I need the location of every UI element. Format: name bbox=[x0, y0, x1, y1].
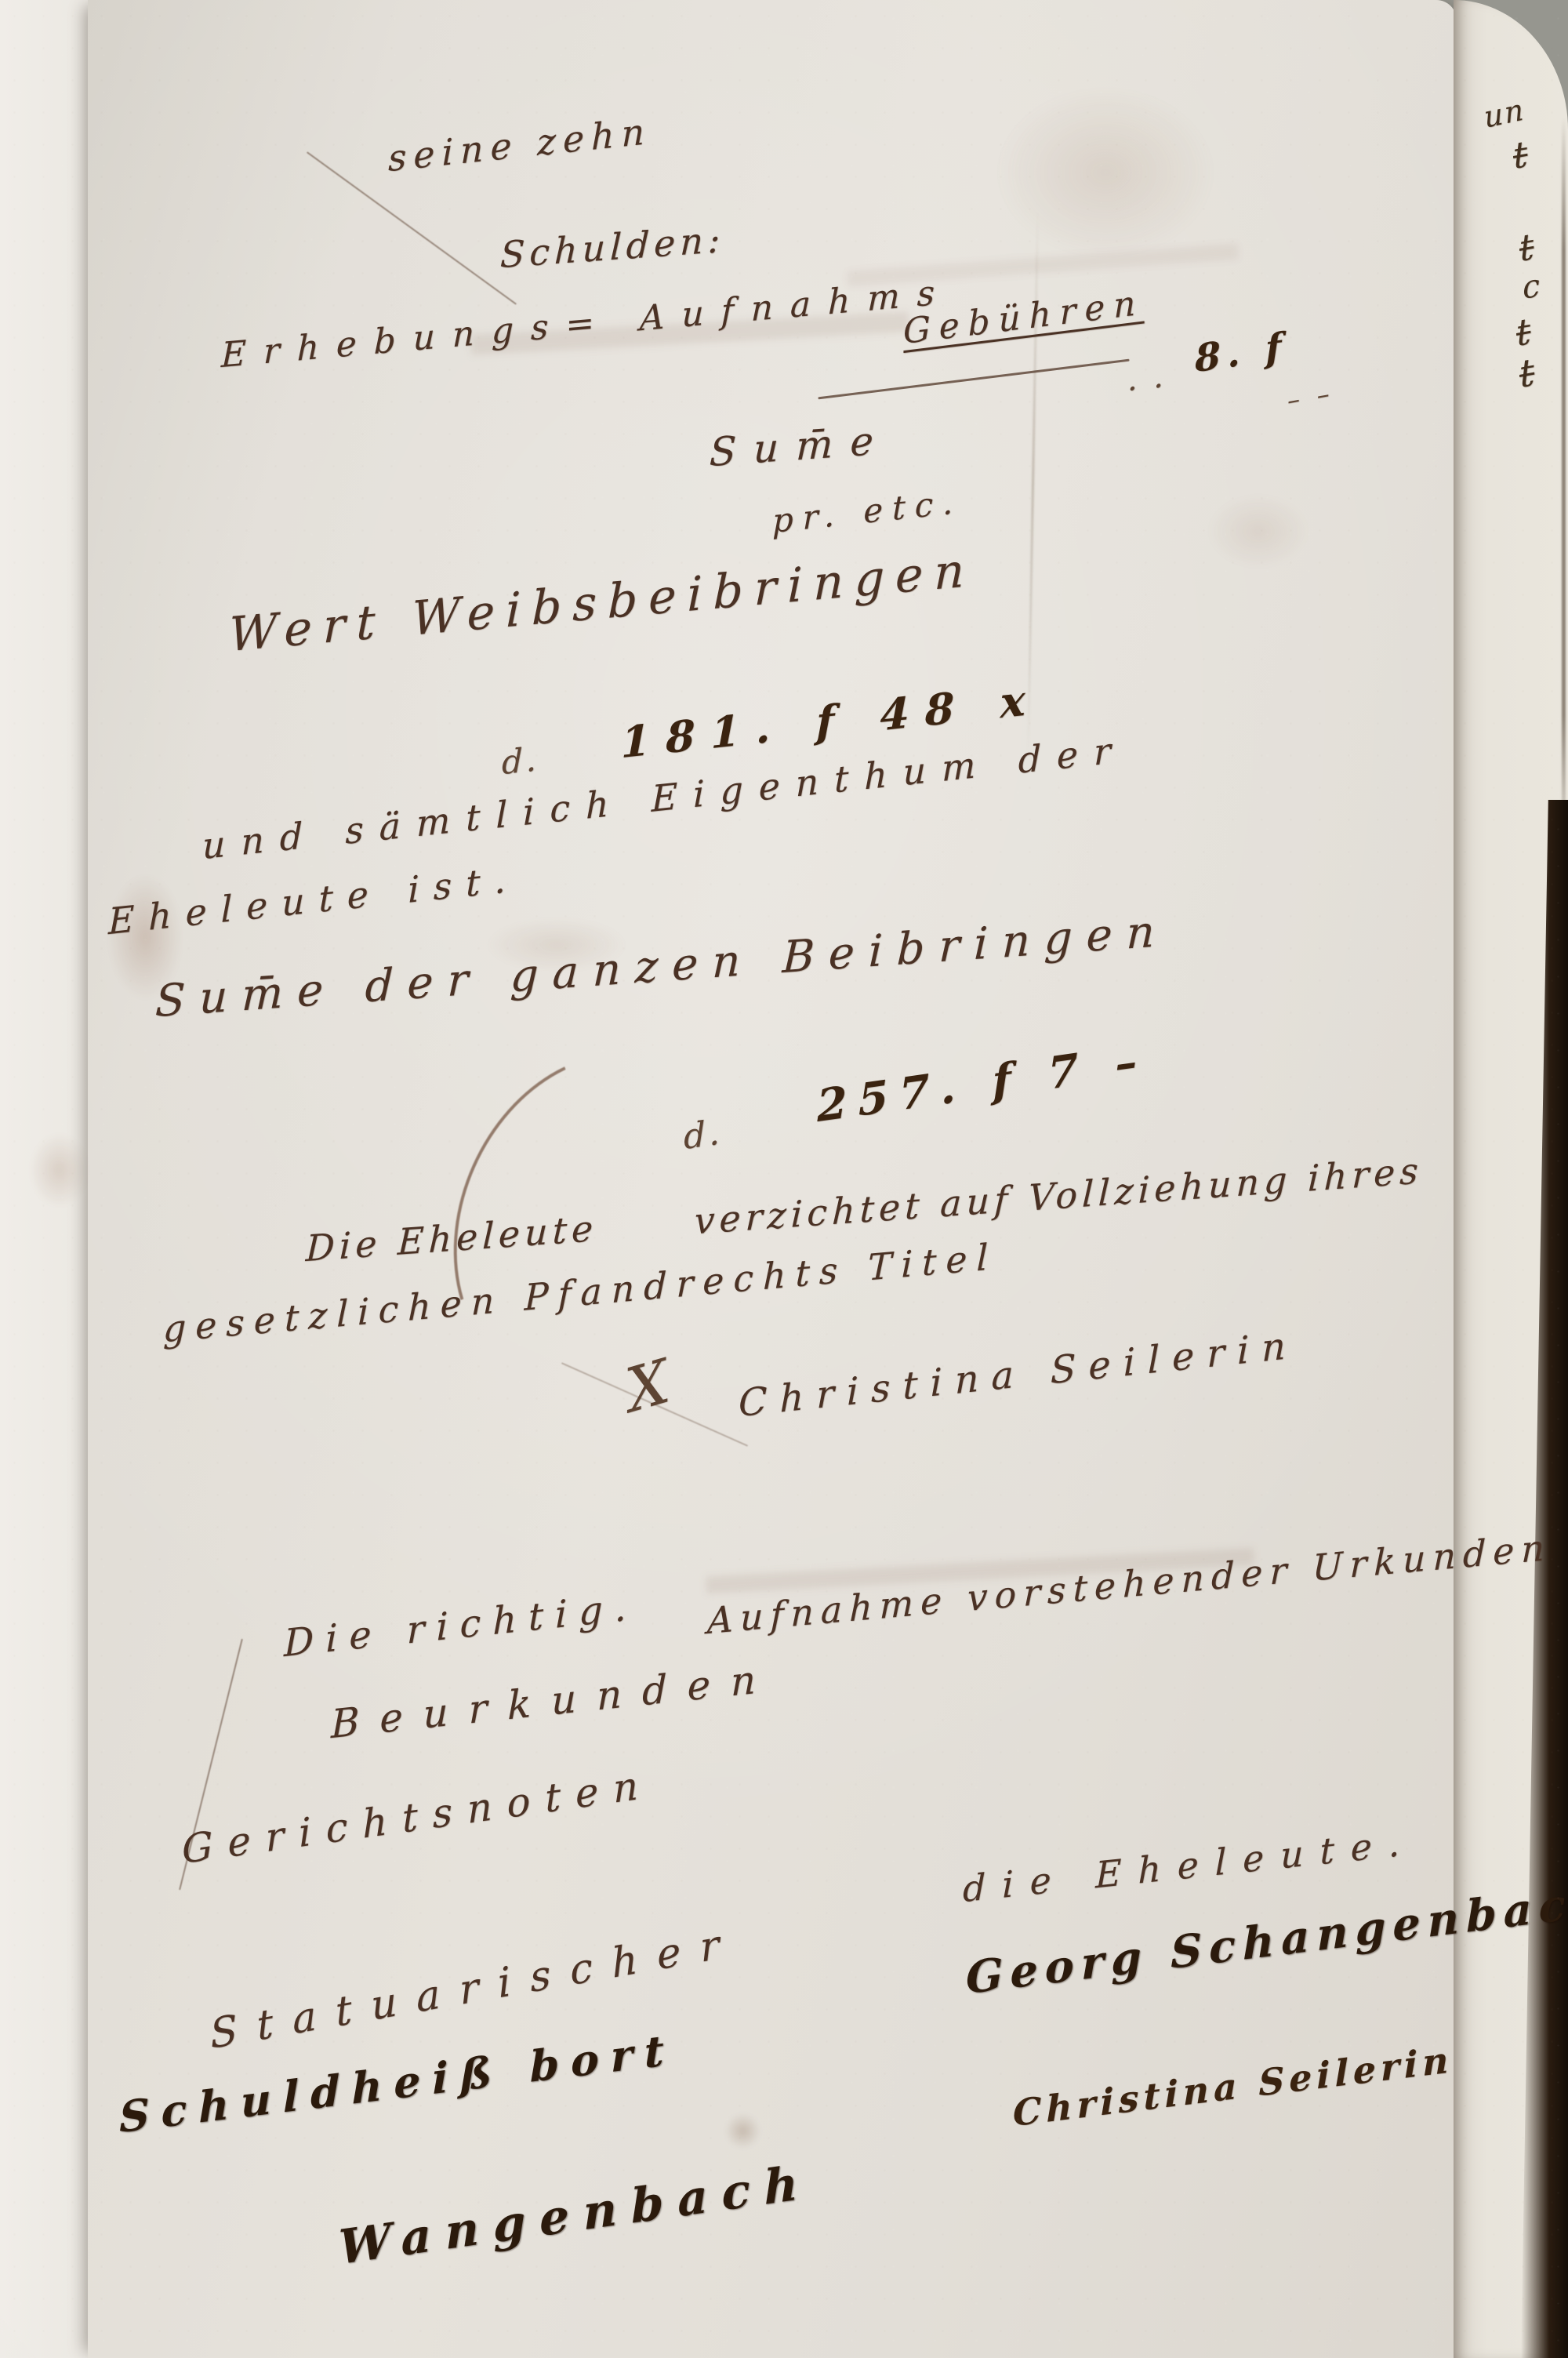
page-edge-shadow bbox=[1562, 118, 1566, 847]
nextpage-mark-t4: t bbox=[1518, 351, 1536, 398]
leader-dots: . . bbox=[1127, 358, 1167, 398]
nextpage-mark-t3: t bbox=[1515, 310, 1532, 354]
nextpage-mark-t2: t bbox=[1518, 225, 1535, 270]
nextpage-mark-c: c bbox=[1521, 267, 1541, 307]
amount-181-prefix: d. bbox=[502, 739, 539, 782]
underlying-page-edge bbox=[0, 0, 93, 2358]
manuscript-photo: seine zehnSchulden:Erhebungs= AufnahmsGe… bbox=[0, 0, 1568, 2358]
nextpage-mark-t1: t bbox=[1512, 133, 1529, 177]
